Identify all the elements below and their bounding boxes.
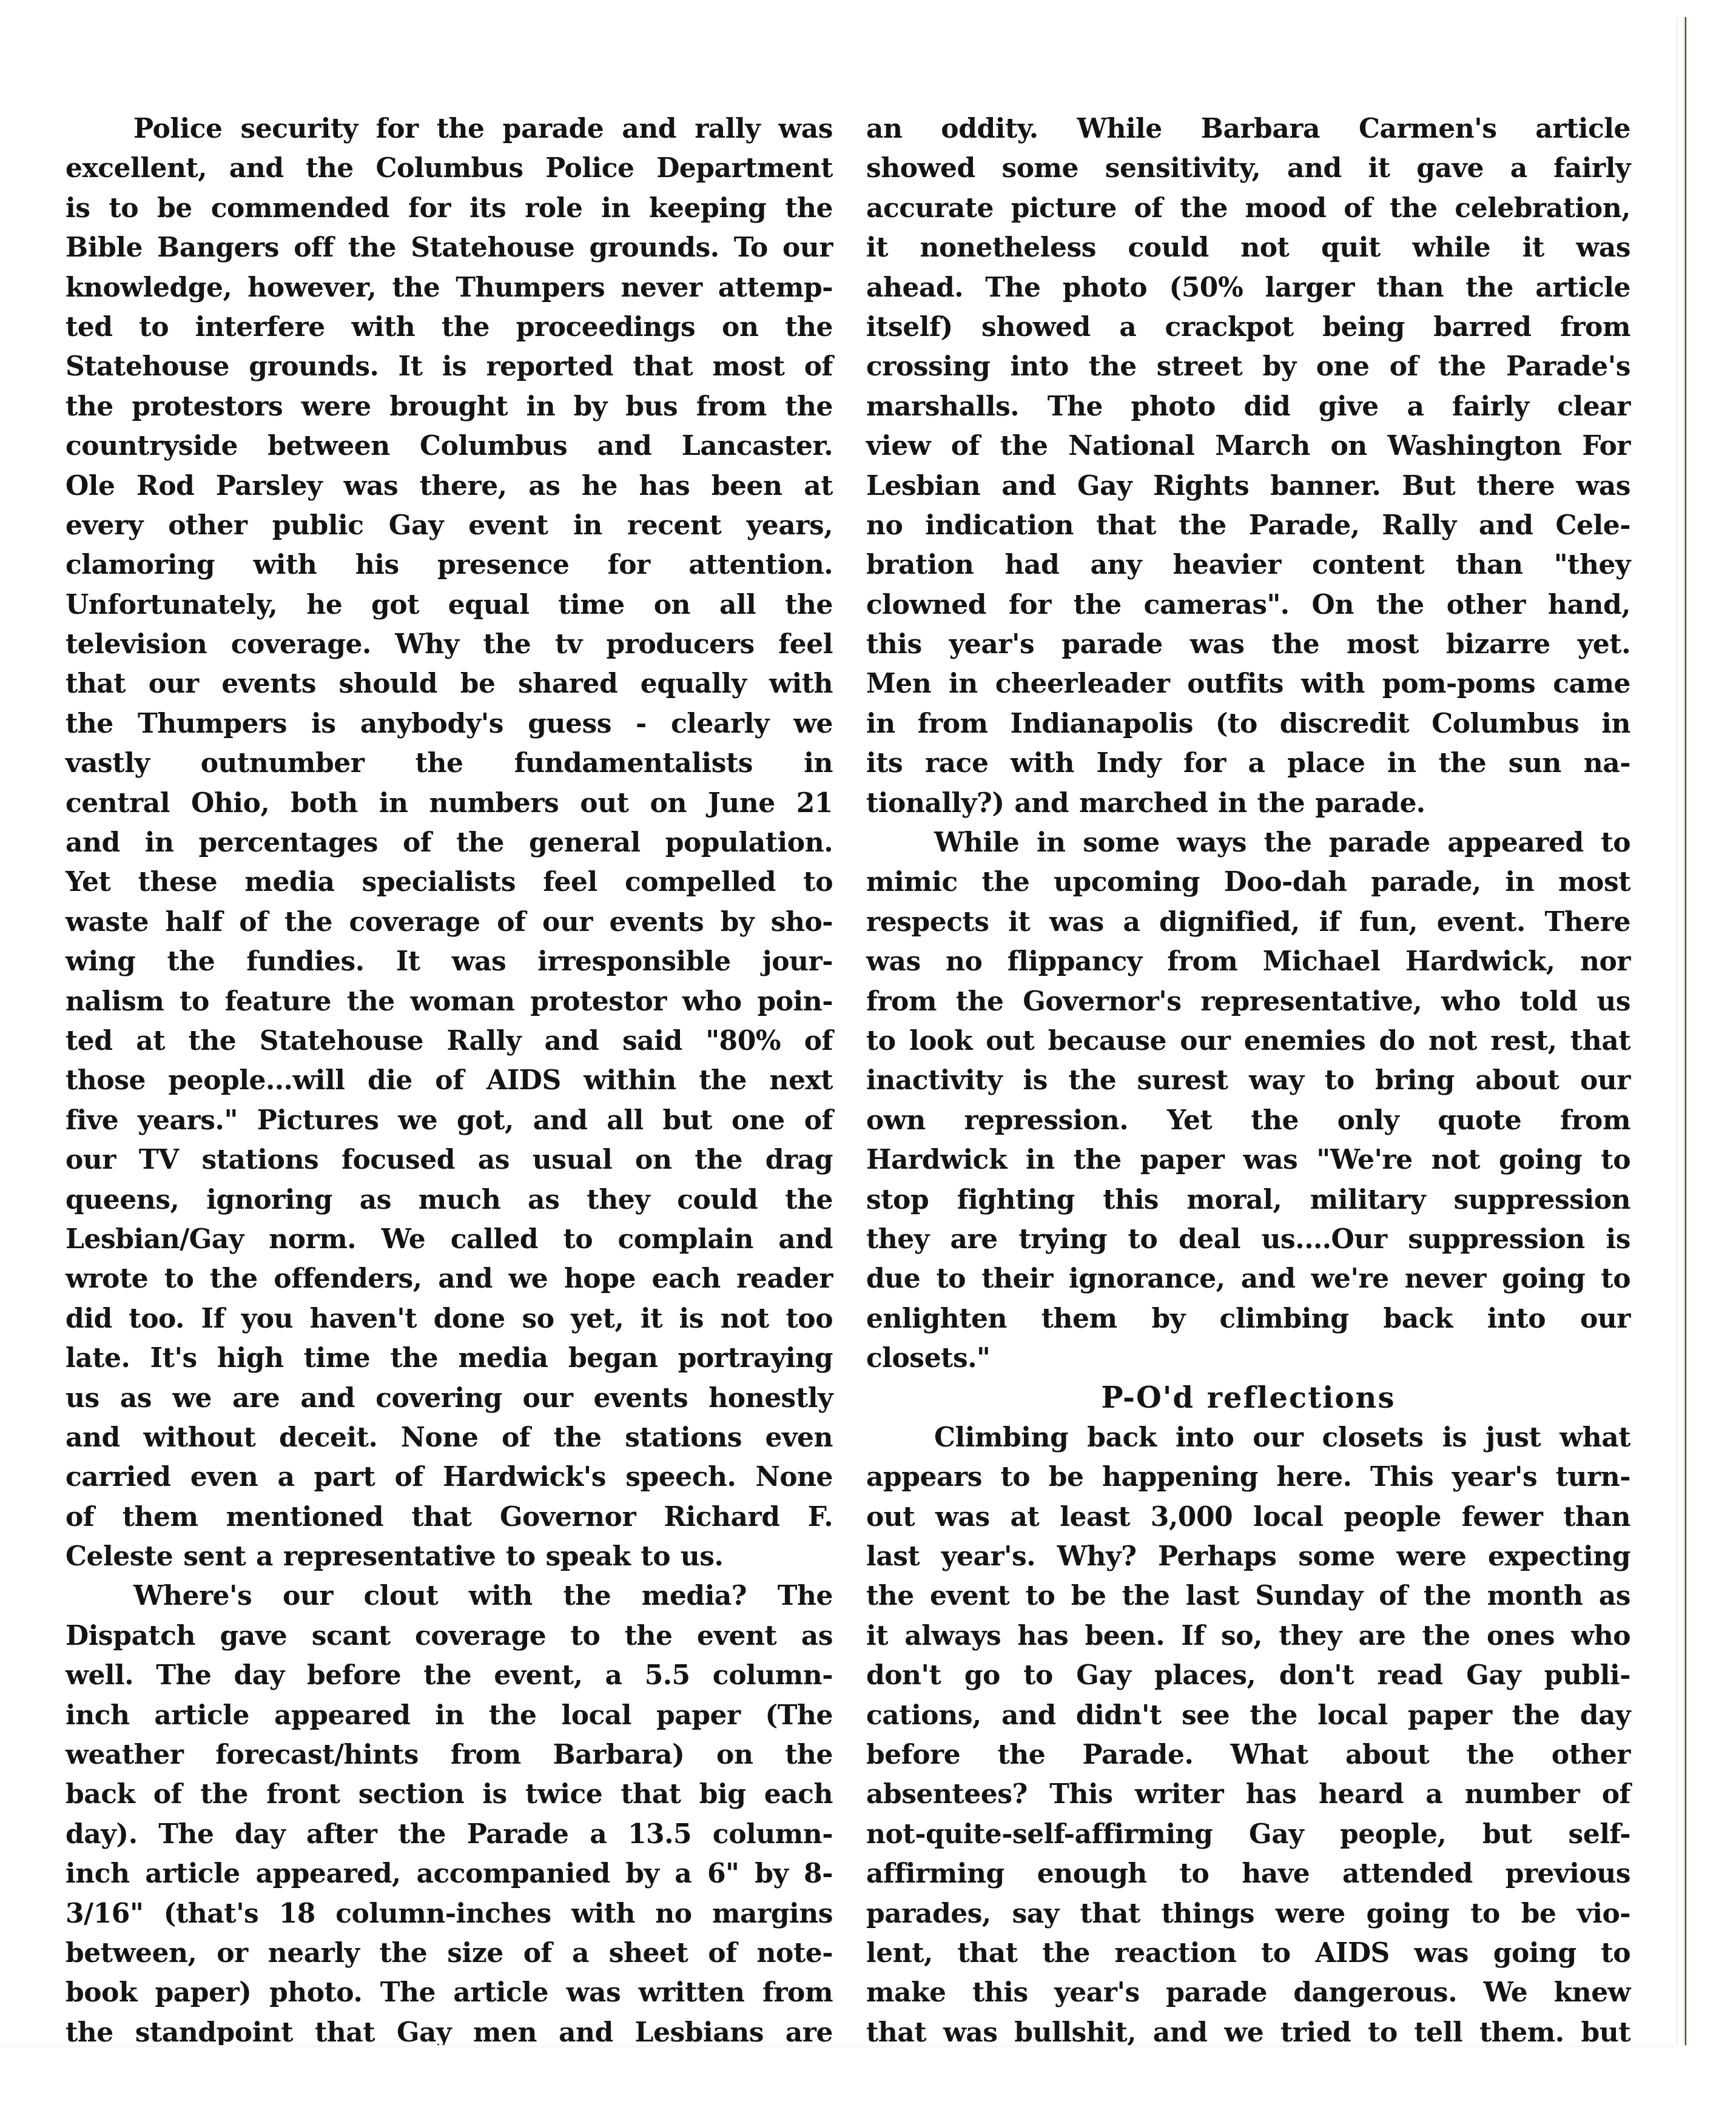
text-line: accurate picture of the mood of the cele… — [866, 189, 1630, 228]
text-line: that our events should be shared equally… — [66, 664, 833, 704]
text-line: knowledge, however, the Thumpers never a… — [66, 268, 833, 307]
right-column-body-before-heading: an oddity. While Barbara Carmen's articl… — [866, 109, 1630, 1379]
text-line: was no flippancy from Michael Hardwick, … — [866, 942, 1630, 981]
text-line: weather forecast/hints from Barbara) on … — [66, 1735, 833, 1775]
text-line: countryside between Columbus and Lancast… — [66, 426, 833, 466]
text-line: to look out because our enemies do not r… — [866, 1021, 1630, 1061]
text-line: itself) showed a crackpot being barred f… — [866, 307, 1630, 347]
text-line: Dispatch gave scant coverage to the even… — [66, 1616, 833, 1656]
text-line: showed some sensitivity, and it gave a f… — [866, 149, 1630, 188]
text-line: of them mentioned that Governor Richard … — [66, 1497, 833, 1537]
text-line: Where's our clout with the media? The — [66, 1576, 833, 1616]
text-line: in from Indianapolis (to discredit Colum… — [866, 704, 1630, 744]
text-line: view of the National March on Washington… — [866, 426, 1630, 466]
text-line: bration had any heavier content than "th… — [866, 545, 1630, 585]
text-line: those people...will die of AIDS within t… — [66, 1061, 833, 1100]
text-line: wrote to the offenders, and we hope each… — [66, 1259, 833, 1299]
text-line: affirming enough to have attended previo… — [866, 1854, 1630, 1893]
text-line: marshalls. The photo did give a fairly c… — [866, 387, 1630, 426]
text-line: Lesbian/Gay norm. We called to complain … — [66, 1220, 833, 1259]
text-line: this year's parade was the most bizarre … — [866, 625, 1630, 664]
text-line: Hardwick in the paper was "We're not goi… — [866, 1140, 1630, 1180]
text-line: wing the fundies. It was irresponsible j… — [66, 942, 833, 981]
text-line: respects it was a dignified, if fun, eve… — [866, 902, 1630, 942]
text-line: Unfortunately, he got equal time on all … — [66, 585, 833, 625]
text-line: Men in cheerleader outfits with pom-poms… — [866, 664, 1630, 704]
text-line: While in some ways the parade appeared t… — [866, 823, 1630, 862]
text-line: every other public Gay event in recent y… — [66, 506, 833, 545]
text-line: make this year's parade dangerous. We kn… — [866, 1973, 1630, 2012]
text-line: they are trying to deal us....Our suppre… — [866, 1220, 1630, 1259]
text-line: Lesbian and Gay Rights banner. But there… — [866, 466, 1630, 506]
text-line: don't go to Gay places, don't read Gay p… — [866, 1656, 1630, 1695]
text-line: clowned for the cameras". On the other h… — [866, 585, 1630, 625]
text-line: between, or nearly the size of a sheet o… — [66, 1934, 833, 1973]
text-line: and in percentages of the general popula… — [66, 823, 833, 862]
text-line: ted to interfere with the proceedings on… — [66, 307, 833, 347]
text-line: stop fighting this moral, military suppr… — [866, 1180, 1630, 1220]
text-line: Bible Bangers off the Statehouse grounds… — [66, 228, 833, 267]
text-line: an oddity. While Barbara Carmen's articl… — [866, 109, 1630, 149]
text-column-right: an oddity. While Barbara Carmen's articl… — [866, 109, 1630, 2052]
text-line: back of the front section is twice that … — [66, 1775, 833, 1814]
text-line: it always has been. If so, they are the … — [866, 1616, 1630, 1656]
text-line: the protestors were brought in by bus fr… — [66, 387, 833, 426]
text-line: Ole Rod Parsley was there, as he has bee… — [66, 466, 833, 506]
text-line: queens, ignoring as much as they could t… — [66, 1180, 833, 1220]
page-edge-highlight — [1677, 18, 1678, 2044]
text-line: due to their ignorance, and we're never … — [866, 1259, 1630, 1299]
text-line: excellent, and the Columbus Police Depar… — [66, 149, 833, 188]
text-line: not-quite-self-affirming Gay people, but… — [866, 1815, 1630, 1854]
text-line: vastly outnumber the fundamentalists in — [66, 744, 833, 783]
page-edge-shadow — [1684, 17, 1686, 2045]
text-line: Celeste sent a representative to speak t… — [66, 1537, 833, 1576]
text-line: mimic the upcoming Doo-dah parade, in mo… — [866, 862, 1630, 902]
text-line: late. It's high time the media began por… — [66, 1339, 833, 1378]
text-line: day). The day after the Parade a 13.5 co… — [66, 1815, 833, 1854]
text-line: own repression. Yet the only quote from — [866, 1101, 1630, 1140]
text-line: its race with Indy for a place in the su… — [866, 744, 1630, 783]
text-line: inch article appeared, accompanied by a … — [66, 1854, 833, 1893]
text-column-left: Police security for the parade and rally… — [66, 109, 833, 2052]
text-line: ted at the Statehouse Rally and said "80… — [66, 1021, 833, 1061]
text-line: well. The day before the event, a 5.5 co… — [66, 1656, 833, 1695]
text-line: parades, say that things were going to b… — [866, 1894, 1630, 1934]
text-line: tionally?) and marched in the parade. — [866, 784, 1630, 823]
text-line: and without deceit. None of the stations… — [66, 1418, 833, 1457]
text-line: inactivity is the surest way to bring ab… — [866, 1061, 1630, 1100]
text-line: five years." Pictures we got, and all bu… — [66, 1101, 833, 1140]
text-line: absentees? This writer has heard a numbe… — [866, 1775, 1630, 1814]
text-line: crossing into the street by one of the P… — [866, 347, 1630, 386]
text-line: Statehouse grounds. It is reported that … — [66, 347, 833, 386]
text-line: last year's. Why? Perhaps some were expe… — [866, 1537, 1630, 1576]
text-line: lent, that the reaction to AIDS was goin… — [866, 1934, 1630, 1973]
text-line: before the Parade. What about the other — [866, 1735, 1630, 1775]
text-line: television coverage. Why the tv producer… — [66, 625, 833, 664]
scanned-page: Police security for the parade and rally… — [0, 12, 1687, 2045]
text-line: appears to be happening here. This year'… — [866, 1457, 1630, 1497]
text-line: out was at least 3,000 local people fewe… — [866, 1497, 1630, 1537]
text-line: Police security for the parade and rally… — [66, 109, 833, 149]
text-line: did too. If you haven't done so yet, it … — [66, 1299, 833, 1339]
text-line: closets." — [866, 1339, 1630, 1378]
text-line: clamoring with his presence for attentio… — [66, 545, 833, 585]
text-line: us as we are and covering our events hon… — [66, 1379, 833, 1418]
text-line: no indication that the Parade, Rally and… — [866, 506, 1630, 545]
text-line: nalism to feature the woman protestor wh… — [66, 982, 833, 1021]
text-line: cations, and didn't see the local paper … — [866, 1696, 1630, 1735]
right-column-body-after-heading: Climbing back into our closets is just w… — [866, 1418, 1630, 2052]
page-bottom-edge — [0, 2045, 1687, 2049]
text-line: carried even a part of Hardwick's speech… — [66, 1457, 833, 1497]
text-line: is to be commended for its role in keepi… — [66, 189, 833, 228]
text-line: our TV stations focused as usual on the … — [66, 1140, 833, 1180]
text-line: Yet these media specialists feel compell… — [66, 862, 833, 902]
text-line: the Thumpers is anybody's guess - clearl… — [66, 704, 833, 744]
text-line: the event to be the last Sunday of the m… — [866, 1576, 1630, 1616]
text-line: book paper) photo. The article was writt… — [66, 1973, 833, 2012]
text-line: enlighten them by climbing back into our — [866, 1299, 1630, 1339]
text-line: central Ohio, both in numbers out on Jun… — [66, 784, 833, 823]
text-line: from the Governor's representative, who … — [866, 982, 1630, 1021]
text-line: it nonetheless could not quit while it w… — [866, 228, 1630, 267]
text-line: Climbing back into our closets is just w… — [866, 1418, 1630, 1457]
text-line: waste half of the coverage of our events… — [66, 902, 833, 942]
text-line: ahead. The photo (50% larger than the ar… — [866, 268, 1630, 307]
text-line: inch article appeared in the local paper… — [66, 1696, 833, 1735]
text-line: 3/16" (that's 18 column-inches with no m… — [66, 1894, 833, 1934]
section-heading: P-O'd reflections — [866, 1379, 1630, 1418]
